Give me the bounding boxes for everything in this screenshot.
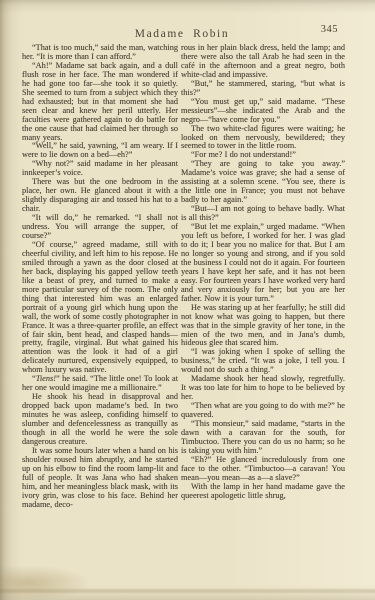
text-column-right: rous in her plain black dress, held the … (181, 44, 345, 548)
paragraph: “Eh?” He glanced incredulously from one … (181, 456, 345, 483)
paragraph: “Well,” he said, yawning, “I am weary. I… (22, 142, 178, 160)
page-number: 345 (321, 24, 338, 35)
paragraph: With the lamp in her hand madame gave th… (181, 483, 345, 501)
paragraph: “But—I am not going to behave badly. Wha… (181, 205, 345, 223)
paragraph: There was but the one bedroom in the pla… (22, 178, 178, 214)
paragraph: “Of course,” agreed madame, still with c… (22, 241, 178, 375)
paragraph: The two white-clad figures were waiting;… (181, 125, 345, 152)
paragraph: It was some hours later when a hand on h… (22, 447, 178, 510)
paragraph: He was staring up at her fearfully; he s… (181, 304, 345, 349)
paragraph: “I was joking when I spoke of selling th… (181, 348, 345, 375)
paragraph: Madame shook her head slowly, regretfull… (181, 375, 345, 402)
paragraph: “Then what are you going to do with me?”… (181, 402, 345, 420)
paragraph: “Tiens!” he said. “The little one! To lo… (22, 375, 178, 393)
paragraph: “This monsieur,” said madame, “starts in… (181, 420, 345, 456)
page-header: Madame Robin 345 (22, 24, 342, 38)
paragraph: He shook his head in disapproval and dro… (22, 393, 178, 447)
paragraph: “Why not?” said madame in her pleasant i… (22, 160, 178, 178)
book-page: Madame Robin 345 “That is too much,” sai… (0, 0, 375, 600)
paragraph: “That is too much,” said the man, watchi… (22, 44, 178, 62)
paragraph: “It will do,” he remarked. “I shall not … (22, 214, 178, 241)
paragraph: “But let me explain,” urged madame. “Whe… (181, 223, 345, 304)
paragraph: “They are going to take you away.” Madam… (181, 160, 345, 205)
paragraph: “Ah!” Madame sat back again, and a dull … (22, 62, 178, 143)
text-column-left: “That is too much,” said the man, watchi… (22, 44, 178, 548)
running-title: Madame Robin (135, 28, 229, 40)
paragraph: rous in her plain black dress, held the … (181, 44, 345, 80)
paragraph: “You must get up,” said madame. “These m… (181, 98, 345, 125)
foreign-word: Tiens! (36, 374, 56, 383)
paragraph: “But,” he stammered, staring, “but what … (181, 80, 345, 98)
